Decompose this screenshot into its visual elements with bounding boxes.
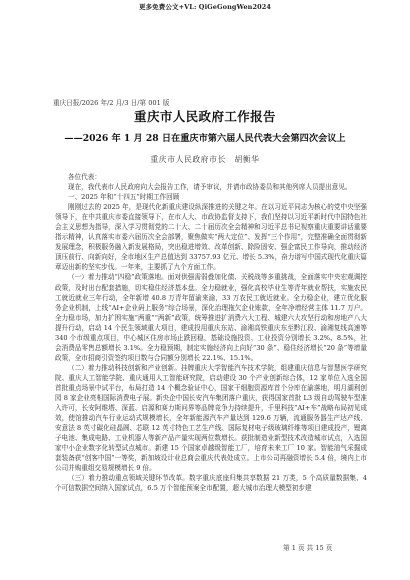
watermark-header: 更多免费公文+VL: QiGeGongWen2024 [0,2,410,11]
body-paragraph: （二）着力推动科技创新和产业创新。挂牌重庆大学智能汽车技术学院，组建重庆信息与智… [55,363,367,474]
document-body: 各位代表： 现在，我代表市人民政府向大会报告工作，请予审议，并请市政协委员和其他… [55,172,367,494]
body-paragraph: 刚刚过去的 2025 年，是现代化新重庆建设纵深推进的关键之年。在以习近平同志为… [55,202,367,272]
page-number: 第 1 页 共 15 页 [283,542,332,552]
document-title: 重庆市人民政府工作报告 [0,107,410,125]
body-paragraph: （一）着力推动“四稳”政策落地。面对供强需弱叠加化债、关税战等多重挑战，全面落实… [55,272,367,362]
body-paragraph: （三）着力推动重点领域关键环节改革。数字重庆底座归集共享数据 21 万类，5 个… [55,473,367,493]
document-subtitle: ——2026 年 1 月 28 日在重庆市第六届人民代表大会第四次会议上 [0,130,410,144]
section-heading: 一、2025 年和“十四五”时期工作回顾 [55,192,367,202]
source-line: 重庆日报/2026 年/2 月/3 日/第 001 版 [53,97,169,107]
document-author: 重庆市人民政府市长 胡衡华 [0,154,410,165]
salutation: 各位代表： [55,172,367,182]
intro-paragraph: 现在，我代表市人民政府向大会报告工作，请予审议，并请市政协委员和其他列席人员提出… [55,182,367,192]
